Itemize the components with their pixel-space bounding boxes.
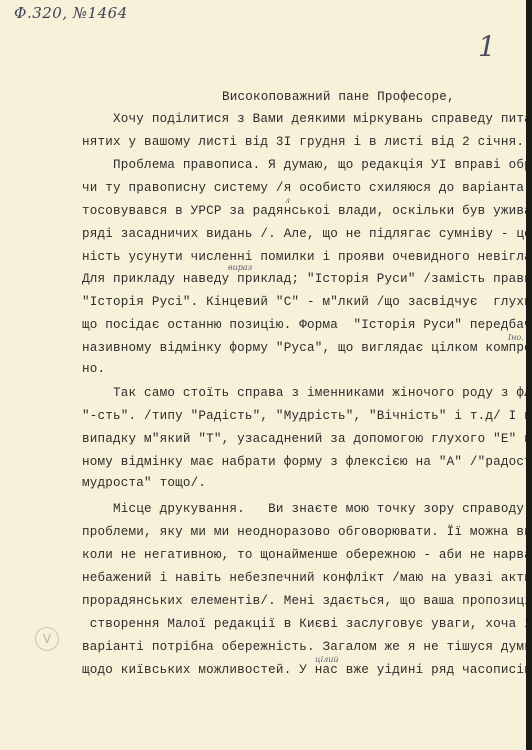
handwritten-annotation: Іно.: [508, 333, 524, 342]
text-line: щодо київських можливостей. У нас вже уі…: [82, 663, 532, 677]
text-line: прорадянських елементів/. Мені здається,…: [82, 594, 532, 608]
page-number: 1: [478, 30, 496, 63]
text-line: но.: [82, 362, 105, 376]
text-line: створення Малої редакції в Києві заслуго…: [82, 617, 532, 631]
check-stamp-icon: V: [35, 627, 59, 651]
page-edge: [526, 0, 532, 750]
text-line: випадку м"який "Т", узасаднений за допом…: [82, 432, 532, 446]
text-line: "-сть". /типу "Радість", "Мудрість", "Ві…: [82, 409, 532, 423]
text-line: ність усунути численні помилки і прояви …: [82, 250, 532, 264]
text-line: нятих у вашому листі від 3І грудня і в л…: [82, 135, 524, 149]
text-line: "Історія Русі". Кінцевий "С" - м"лкий /щ…: [82, 295, 532, 309]
handwritten-annotation: л: [285, 196, 290, 205]
salutation: Високоповажний пане Професоре,: [222, 90, 455, 104]
text-line: Для прикладу наведу приклад; "Історія Ру…: [82, 272, 532, 286]
text-line: Хочу поділитися з Вами деякими міркувань…: [82, 112, 532, 126]
text-line: небажений і навіть небезпечний конфлікт …: [82, 571, 532, 585]
text-line: проблеми, яку ми ми неодноразово обговор…: [82, 525, 532, 539]
text-line: що посідає останню позицію. Форма "Істор…: [82, 318, 532, 332]
handwritten-annotation: вираз: [228, 263, 252, 272]
handwritten-annotation: цілий: [315, 655, 339, 664]
text-line: мудроста" тощо/.: [82, 476, 206, 490]
text-line: Місце друкування. Ви знаєте мою точку зо…: [82, 502, 532, 516]
text-line: варіанті потрібна обережність. Загалом ж…: [82, 640, 532, 654]
text-line: ряді засадничих видань /. Але, що не під…: [82, 227, 532, 241]
text-line: чи ту правописну систему /я особисто схи…: [82, 181, 532, 195]
document-page: Ф.320, №1464 1 Високоповажний пане Профе…: [0, 0, 532, 750]
text-line: називному відмінку форму "Руса", що вигл…: [82, 341, 532, 355]
archive-reference: Ф.320, №1464: [14, 4, 128, 22]
text-line: Проблема правописа. Я думаю, що редакція…: [82, 158, 532, 172]
text-line: ному відмінку має набрати форму з флексі…: [82, 455, 532, 469]
text-line: тосовувався в УРСР за радянськоі влади, …: [82, 204, 532, 218]
text-line: Так само стоїть справа з іменниками жіно…: [82, 386, 532, 400]
text-line: коли не негативною, то щонайменше обереж…: [82, 548, 532, 562]
